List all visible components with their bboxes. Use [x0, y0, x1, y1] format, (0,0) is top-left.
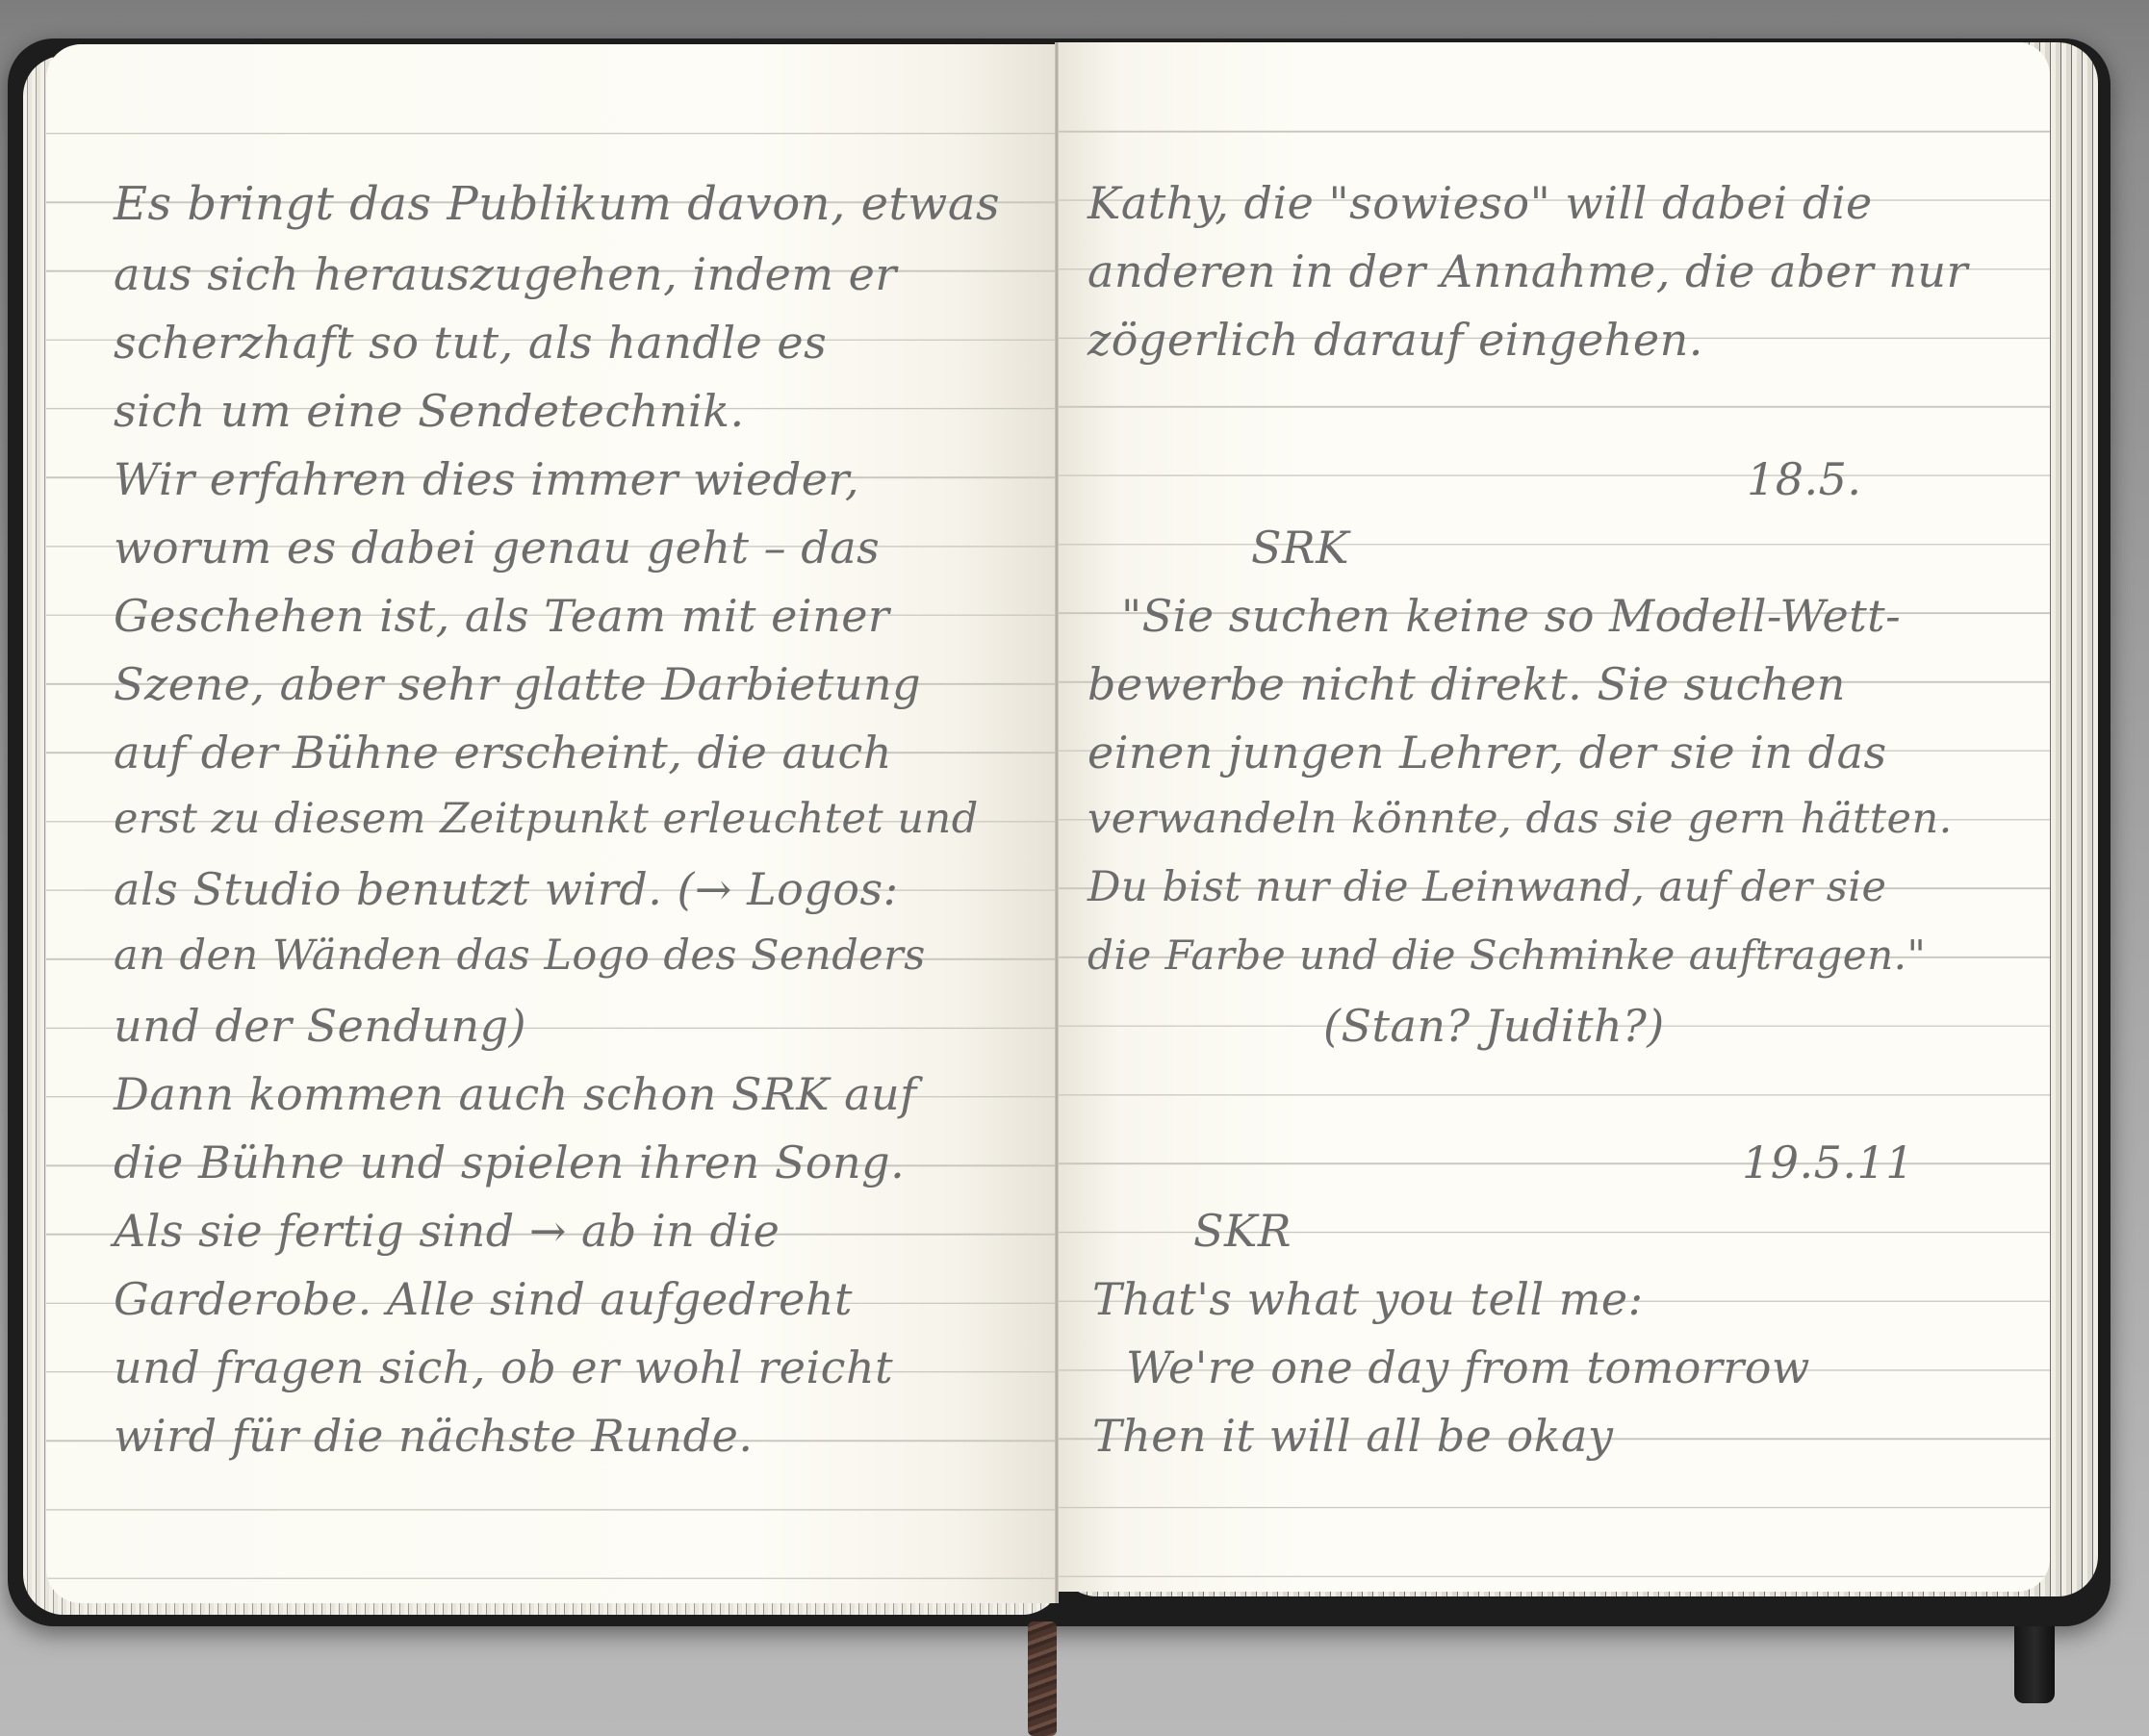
- question-note: (Stan? Judith?): [1323, 1004, 1665, 1048]
- handwritten-line: sich um eine Sendetechnik.: [114, 389, 745, 433]
- handwritten-line: zögerlich darauf eingehen.: [1087, 318, 1703, 362]
- handwritten-line: als Studio benutzt wird. (→ Logos:: [114, 867, 899, 911]
- handwritten-line: Szene, aber sehr glatte Darbietung: [114, 662, 921, 706]
- handwritten-line: aus sich herauszugehen, indem er: [114, 252, 897, 296]
- handwritten-line: Du bist nur die Leinwand, auf der sie: [1087, 867, 1886, 908]
- handwritten-line: auf der Bühne erscheint, die auch: [114, 730, 892, 775]
- entry-heading: SKR: [1193, 1209, 1292, 1253]
- handwritten-line: bewerbe nicht direkt. Sie suchen: [1087, 662, 1846, 706]
- handwritten-line: einen jungen Lehrer, der sie in das: [1087, 730, 1887, 775]
- handwritten-line: Es bringt das Publikum davon, etwas: [114, 181, 1000, 227]
- handwritten-line: worum es dabei genau geht – das: [114, 525, 880, 570]
- entry-date: 18.5.: [1747, 457, 1862, 501]
- handwritten-line: verwandeln könnte, das sie gern hätten.: [1087, 799, 1953, 840]
- handwritten-line: Als sie fertig sind → ab in die: [114, 1209, 780, 1253]
- handwritten-line: We're one day from tomorrow: [1126, 1345, 1810, 1390]
- handwritten-line: scherzhaft so tut, als handle es: [114, 320, 827, 365]
- handwritten-line: That's what you tell me:: [1092, 1277, 1644, 1321]
- page-gutter: [1055, 42, 1059, 1603]
- handwritten-line: und fragen sich, ob er wohl reicht: [114, 1345, 893, 1390]
- handwritten-line: Kathy, die "sowieso" will dabei die: [1087, 181, 1873, 225]
- elastic-band: [2014, 1626, 2055, 1703]
- handwritten-line: und der Sendung): [114, 1004, 526, 1048]
- handwritten-line: "Sie suchen keine so Modell-Wett-: [1121, 594, 1901, 638]
- entry-heading: SRK: [1251, 525, 1349, 570]
- handwritten-line: Geschehen ist, als Team mit einer: [114, 594, 889, 638]
- handwritten-line: erst zu diesem Zeitpunkt erleuchtet und: [114, 799, 979, 840]
- handwritten-line: an den Wänden das Logo des Senders: [114, 935, 926, 977]
- handwritten-line: Garderobe. Alle sind aufgedreht: [114, 1277, 853, 1321]
- handwritten-line: wird für die nächste Runde.: [114, 1414, 753, 1458]
- handwritten-line: Dann kommen auch schon SRK auf: [114, 1072, 917, 1116]
- handwritten-line: Then it will all be okay: [1092, 1414, 1613, 1458]
- bookmark-ribbon: [1028, 1621, 1057, 1736]
- handwritten-line: Wir erfahren dies immer wieder,: [114, 457, 859, 501]
- handwritten-line: die Farbe und die Schminke auftragen.": [1087, 935, 1926, 976]
- entry-date: 19.5.11: [1742, 1140, 1914, 1185]
- handwritten-line: anderen in der Annahme, die aber nur: [1087, 249, 1968, 294]
- handwritten-line: die Bühne und spielen ihren Song.: [114, 1140, 905, 1185]
